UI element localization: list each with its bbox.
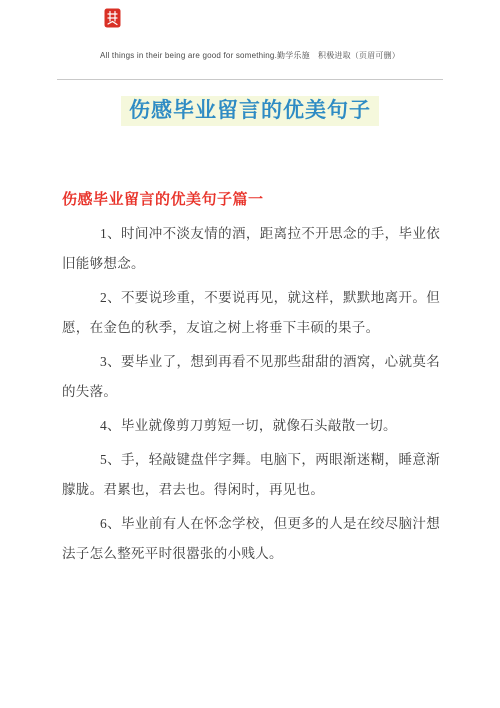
document-title-text: 伤感毕业留言的优美句子: [121, 96, 379, 126]
red-seal-icon: [104, 8, 121, 28]
header-motto: All things in their being are good for s…: [100, 51, 400, 60]
paragraph-1: 1、时间冲不淡友情的酒，距离拉不开思念的手，毕业依旧能够想念。: [62, 219, 440, 279]
paragraph-2: 2、不要说珍重，不要说再见，就这样，默默地离开。但愿，在金色的秋季，友谊之树上将…: [62, 283, 440, 343]
paragraph-6: 6、毕业前有人在怀念学校，但更多的人是在绞尽脑汁想法子怎么整死平时很嚣张的小贱人…: [62, 509, 440, 569]
paragraph-4: 4、毕业就像剪刀剪短一切，就像石头敲散一切。: [62, 411, 440, 441]
paragraph-5: 5、手，轻敲键盘伴字舞。电脑下，两眼渐迷糊，睡意渐朦胧。君累也，君去也。得闲时，…: [62, 445, 440, 505]
section-heading: 伤感毕业留言的优美句子篇一: [62, 190, 440, 210]
paragraph-3: 3、要毕业了，想到再看不见那些甜甜的酒窝，心就莫名的失落。: [62, 347, 440, 407]
document-title: 伤感毕业留言的优美句子: [0, 94, 500, 128]
document-page: All things in their being are good for s…: [0, 0, 500, 708]
header-divider: [57, 79, 443, 80]
